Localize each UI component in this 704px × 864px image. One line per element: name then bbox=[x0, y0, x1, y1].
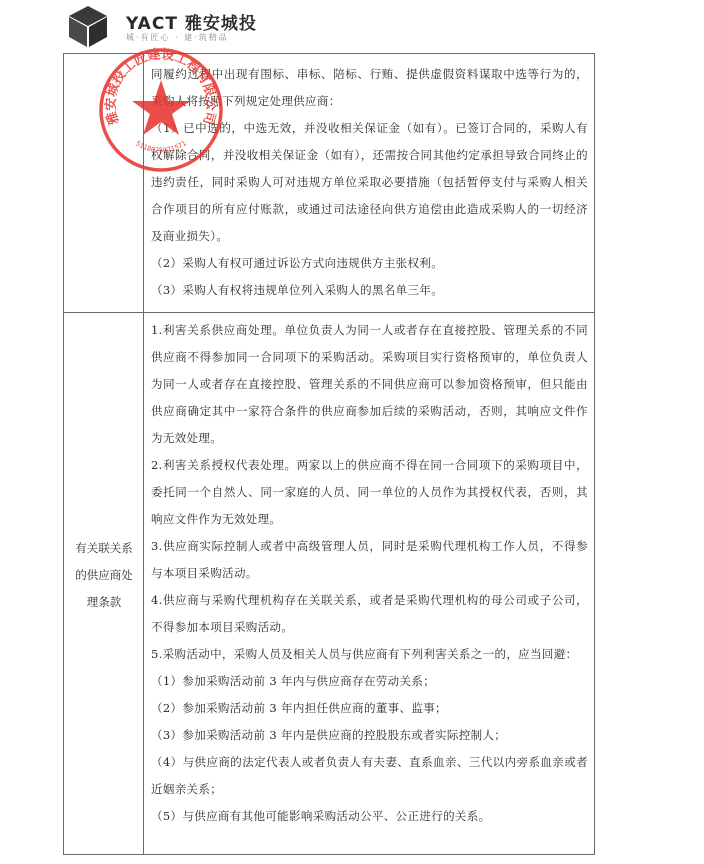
table-row-bid-violation: 同履约过程中出现有围标、串标、陪标、行贿、提供虚假资料谋取中选等行为的，采购人将… bbox=[64, 54, 594, 313]
clause-paragraph: （2）参加采购活动前 3 年内担任供应商的董事、监事； bbox=[151, 695, 588, 722]
clause-table: 同履约过程中出现有围标、串标、陪标、行贿、提供虚假资料谋取中选等行为的，采购人将… bbox=[63, 53, 595, 855]
clause-paragraph: （1）参加采购活动前 3 年内与供应商存在劳动关系； bbox=[151, 668, 588, 695]
row-label: 有关联关系 的供应商处 理条款 bbox=[64, 535, 144, 616]
row-content-cell: 同履约过程中出现有围标、串标、陪标、行贿、提供虚假资料谋取中选等行为的，采购人将… bbox=[144, 54, 594, 312]
brand-slogan: 城·有匠心 · 建·筑精品 bbox=[126, 32, 229, 43]
row-label-line: 有关联关系 bbox=[64, 535, 144, 562]
clause-paragraph: （1）已中选的，中选无效，并没收相关保证金（如有）。已签订合同的，采购人有权解除… bbox=[151, 115, 588, 250]
brand-name: YACT 雅安城投 bbox=[126, 9, 257, 34]
table-row-related-supplier: 有关联关系 的供应商处 理条款 1.利害关系供应商处理。单位负责人为同一人或者存… bbox=[64, 313, 594, 854]
row-label-cell: 有关联关系 的供应商处 理条款 bbox=[64, 313, 144, 854]
clause-paragraph: 同履约过程中出现有围标、串标、陪标、行贿、提供虚假资料谋取中选等行为的，采购人将… bbox=[151, 61, 588, 115]
cube-logo-icon bbox=[66, 4, 110, 48]
clause-paragraph: 5.采购活动中，采购人员及相关人员与供应商有下列利害关系之一的，应当回避： bbox=[151, 641, 588, 668]
clause-paragraph: 4.供应商与采购代理机构存在关联关系，或者是采购代理机构的母公司或子公司，不得参… bbox=[151, 587, 588, 641]
clause-paragraph: 1.利害关系供应商处理。单位负责人为同一人或者存在直接控股、管理关系的不同供应商… bbox=[151, 317, 588, 452]
clause-paragraph: （3）采购人有权将违规单位列入采购人的黑名单三年。 bbox=[151, 277, 588, 304]
row-label-line: 的供应商处 bbox=[64, 562, 144, 589]
clause-paragraph: （2）采购人有权可通过诉讼方式向违规供方主张权利。 bbox=[151, 250, 588, 277]
clause-paragraph: （3）参加采购活动前 3 年内是供应商的控股股东或者实际控制人； bbox=[151, 722, 588, 749]
row-content-cell: 1.利害关系供应商处理。单位负责人为同一人或者存在直接控股、管理关系的不同供应商… bbox=[144, 313, 594, 854]
row-label-line: 理条款 bbox=[64, 589, 144, 616]
clause-paragraph: （5）与供应商有其他可能影响采购活动公平、公正进行的关系。 bbox=[151, 803, 588, 830]
row-label-cell bbox=[64, 54, 144, 312]
clause-paragraph: 2.利害关系授权代表处理。两家以上的供应商不得在同一合同项下的采购项目中，委托同… bbox=[151, 452, 588, 533]
clause-paragraph: （4）与供应商的法定代表人或者负责人有夫妻、直系血亲、三代以内旁系血亲或者近姻亲… bbox=[151, 749, 588, 803]
company-logo: YACT 雅安城投 城·有匠心 · 建·筑精品 bbox=[66, 4, 336, 50]
clause-paragraph: 3.供应商实际控制人或者中高级管理人员，同时是采购代理机构工作人员，不得参与本项… bbox=[151, 533, 588, 587]
